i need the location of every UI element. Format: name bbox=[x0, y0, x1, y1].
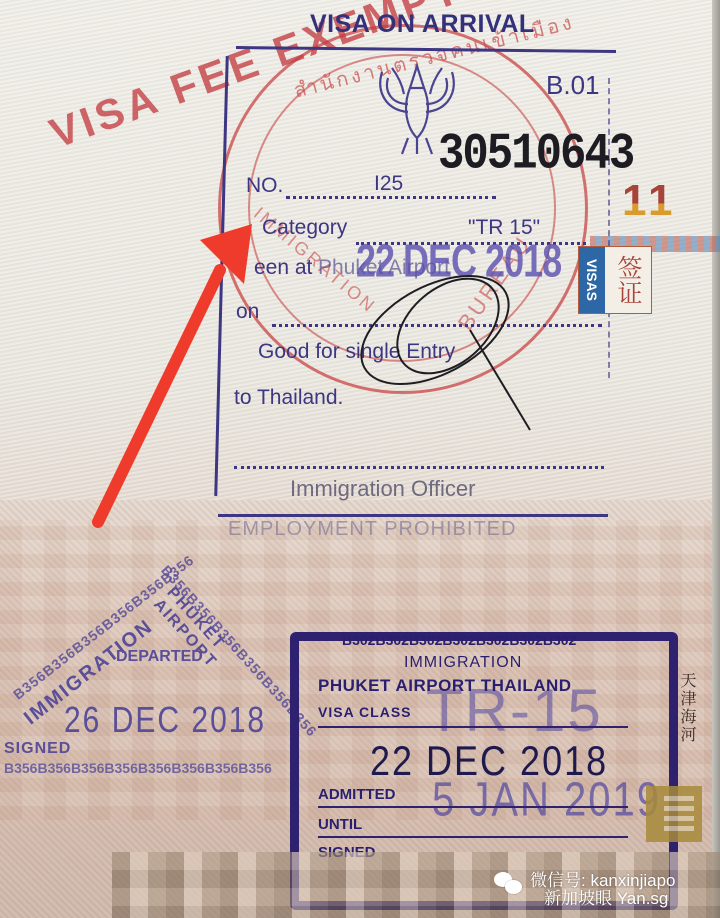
page-edge bbox=[712, 0, 720, 918]
arrival-rule-3 bbox=[318, 836, 628, 838]
visas-label-english: VISAS bbox=[579, 247, 605, 313]
arrival-border-code: B302B302B302B302B302B302B302 bbox=[342, 632, 576, 648]
employment-prohibited-text: EMPLOYMENT PROHIBITED bbox=[228, 518, 516, 541]
page-number: 11 bbox=[622, 176, 677, 226]
visa-serial-number: 30510643 bbox=[438, 126, 633, 184]
watermark-account: 微信号: kanxinjiapo bbox=[530, 872, 676, 890]
arrival-admitted-until: 5 JAN 2019 bbox=[432, 774, 661, 828]
departure-status: DEPARTED bbox=[116, 648, 203, 666]
departure-bottom-code: B356B356B356B356B356B356B356B356 bbox=[4, 760, 272, 776]
form-code: B.01 bbox=[546, 70, 600, 101]
visas-page-label: VISAS 签证 bbox=[578, 246, 652, 314]
arrival-visa-class-label: VISA CLASS bbox=[318, 704, 412, 720]
arrival-rule-2 bbox=[318, 806, 628, 808]
departure-date: 26 DEC 2018 bbox=[64, 701, 266, 742]
stamp-top-rule bbox=[236, 46, 616, 53]
visas-label-chinese: 签证 bbox=[605, 247, 651, 313]
stamp-bottom-rule bbox=[218, 514, 608, 517]
red-arrow-annotation-icon bbox=[90, 210, 270, 530]
watermark-name: 新加坡眼 Yan.sg bbox=[544, 890, 676, 908]
visa-on-arrival-title: VISA ON ARRIVAL bbox=[310, 10, 535, 39]
stamp-right-rule bbox=[608, 78, 612, 378]
no-dotted-line bbox=[286, 196, 496, 199]
arrival-location: PHUKET AIRPORT THAILAND bbox=[318, 676, 572, 696]
officer-signature bbox=[330, 250, 540, 440]
wechat-icon bbox=[494, 872, 524, 898]
no-value: I25 bbox=[374, 172, 403, 196]
departure-signed-label: SIGNED bbox=[4, 740, 71, 758]
immigration-officer-label: Immigration Officer bbox=[290, 476, 475, 502]
departure-stamp: B356B356B356B356B356B356 B356B356B356B35… bbox=[0, 540, 320, 790]
arrival-until-label: UNTIL bbox=[318, 816, 362, 833]
no-label: NO. bbox=[246, 174, 283, 198]
watermark: 微信号: kanxinjiapo 新加坡眼 Yan.sg bbox=[494, 872, 676, 908]
arrival-admitted-label: ADMITTED bbox=[318, 786, 396, 803]
signature-dotted-line bbox=[234, 466, 604, 469]
gold-security-mark-icon bbox=[646, 786, 702, 842]
printed-place-text: 天津海河 bbox=[676, 672, 696, 744]
arrival-rule-1 bbox=[318, 726, 628, 728]
arrival-agency: IMMIGRATION bbox=[404, 654, 522, 672]
category-label: Category bbox=[262, 216, 347, 240]
